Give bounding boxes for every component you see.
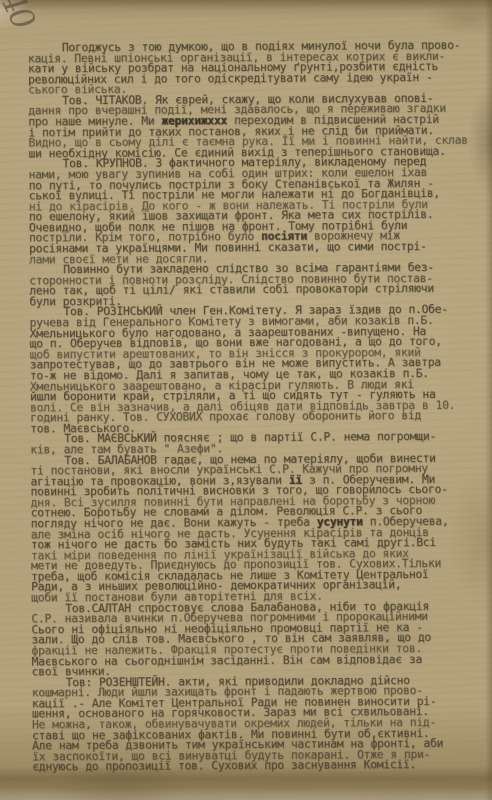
handwritten-pencil-mark: 40 bbox=[0, 0, 42, 33]
scanned-document-page: 40 Погоджусь з тою думкою, що в подіях м… bbox=[0, 0, 492, 800]
top-edge-shadow bbox=[0, 0, 492, 10]
paragraph: Тов.САЛТАН спростовує слова Балабанова, … bbox=[31, 600, 487, 677]
paragraph: Повинно бути закладено слідство зо всіма… bbox=[29, 262, 485, 307]
paragraph: Тов. РОЗІНСЬКИЙ член Ген.Комітету. Я зар… bbox=[29, 304, 486, 434]
paragraph: Тов. БАЛАБАНОВ гадає, що нема по матерія… bbox=[30, 452, 487, 603]
paragraph: Погоджусь з тою думкою, що в подіях мину… bbox=[28, 40, 484, 96]
text-line: єднуюсь до пропозиції тов. Сухових про з… bbox=[32, 759, 488, 772]
paragraph: Тов. КРУПНОВ. З фактичного матеріялу, ви… bbox=[28, 156, 485, 265]
document-text: Погоджусь з тою думкою, що в подіях мину… bbox=[28, 40, 488, 773]
paragraph: Тов: РОЗЕНШТЕЙН. акти, які приводили док… bbox=[32, 674, 489, 772]
paragraph: Тов. ЧІТАКОВ. Як єврей, скажу, що коли в… bbox=[28, 93, 484, 159]
